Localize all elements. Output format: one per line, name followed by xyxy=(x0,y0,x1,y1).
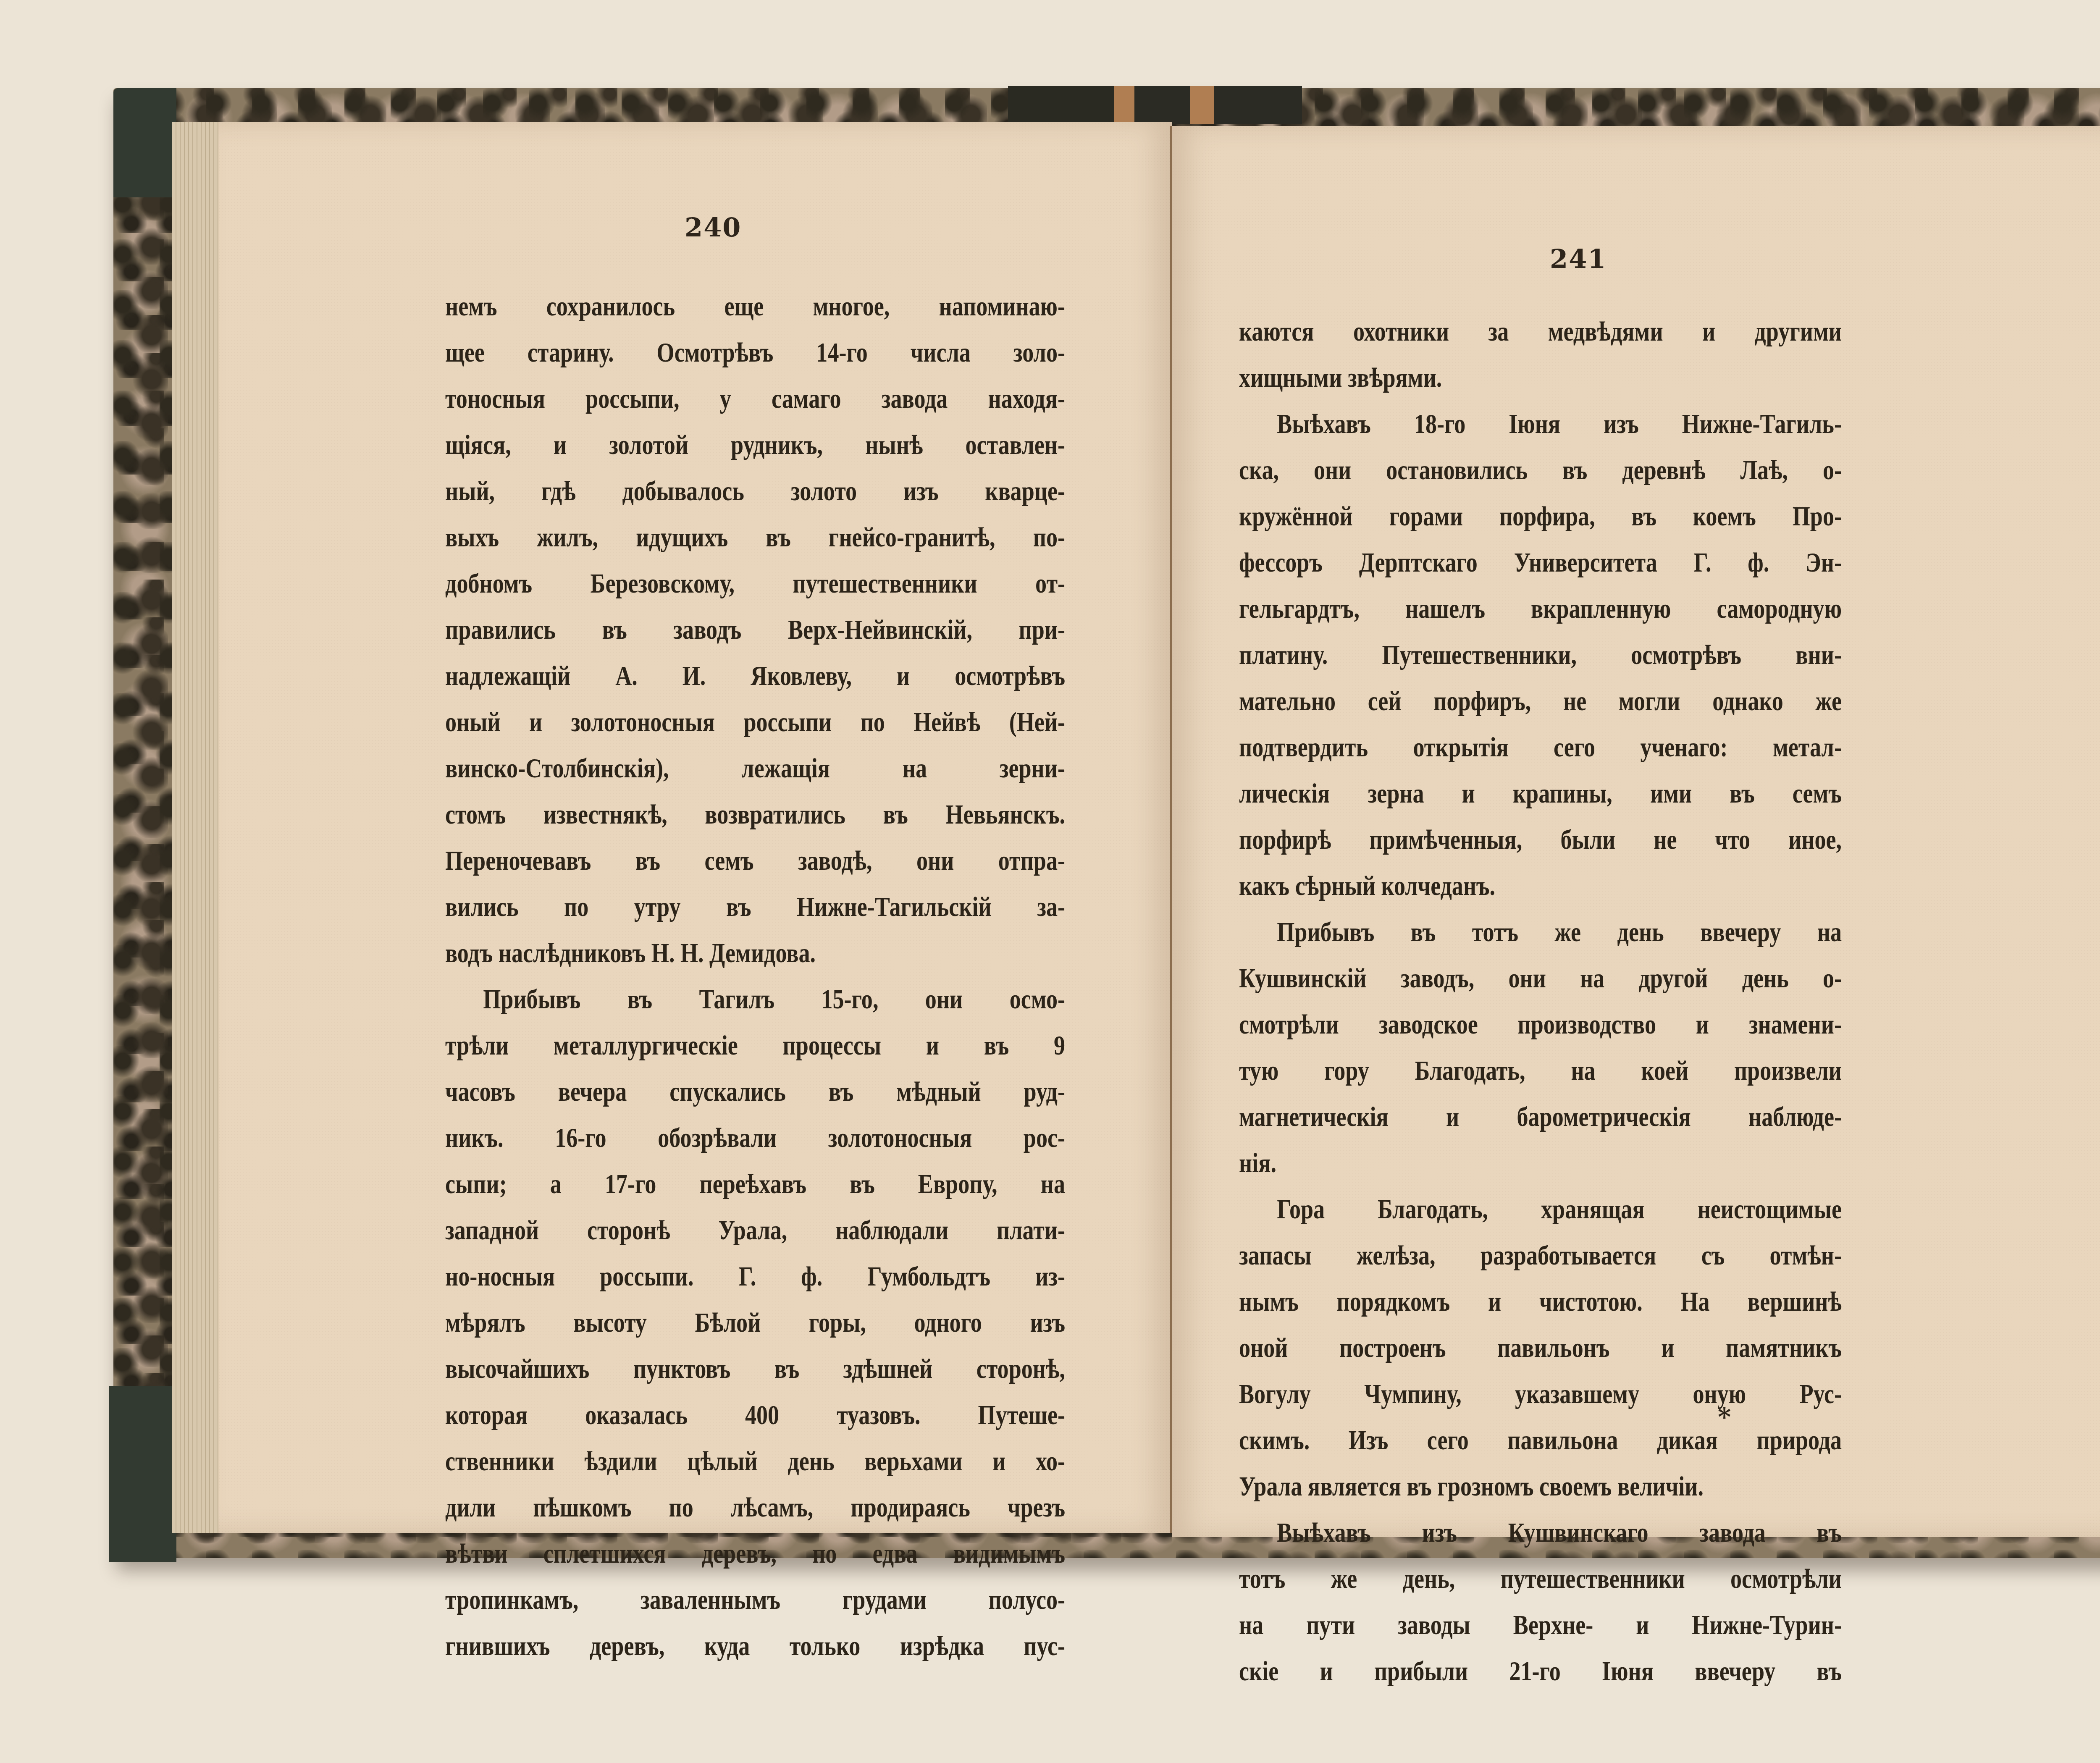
text-line: Урала является въ грозномъ своемъ величі… xyxy=(1239,1464,1842,1510)
text-line: порфирѣ примѣченныя, были не что иное, xyxy=(1239,817,1842,863)
text-line: которая оказалась 400 туазовъ. Путеше- xyxy=(445,1392,1065,1438)
text-line: тую гору Благодать, на коей произвели xyxy=(1239,1048,1842,1094)
text-line: тропинкамъ, заваленнымъ грудами полусо- xyxy=(445,1577,1065,1623)
text-line: щіяся, и золотой рудникъ, нынѣ оставлен- xyxy=(445,422,1065,468)
text-line: винско-Столбинскія), лежащія на зерни- xyxy=(445,745,1065,792)
text-line: западной сторонѣ Урала, наблюдали плати- xyxy=(445,1207,1065,1254)
cover-corner-top-left xyxy=(113,88,176,197)
text-line: вились по утру въ Нижне-Тагильскій за- xyxy=(445,884,1065,930)
text-line: Выѣхавъ изъ Кушвинскаго завода въ xyxy=(1239,1510,1842,1556)
text-line: выхъ жилъ, идущихъ въ гнейсо-гранитѣ, по… xyxy=(445,514,1065,561)
text-line: кружённой горами порфира, въ коемъ Про- xyxy=(1239,493,1842,540)
text-line: гнившихъ деревъ, куда только изрѣдка пус… xyxy=(445,1623,1065,1669)
text-line: ный, гдѣ добывалось золото изъ кварце- xyxy=(445,468,1065,514)
text-line: нія. xyxy=(1239,1140,1842,1186)
text-line: добномъ Березовскому, путешественники от… xyxy=(445,561,1065,607)
text-line: вѣтви сплетшихся деревъ, по едва видимым… xyxy=(445,1531,1065,1577)
text-line: водъ наслѣдниковъ Н. Н. Демидова. xyxy=(445,930,1065,976)
text-line: немъ сохранилось еще многое, напоминаю- xyxy=(445,283,1065,330)
text-line: оной построенъ павильонъ и памятникъ xyxy=(1239,1325,1842,1371)
text-line: дили пѣшкомъ по лѣсамъ, продираясь чрезъ xyxy=(445,1485,1065,1531)
page-number: 240 xyxy=(685,212,741,243)
text-line: платину. Путешественники, осмотрѣвъ вни- xyxy=(1239,632,1842,678)
text-line: каются охотники за медвѣдями и другими xyxy=(1239,309,1842,355)
text-line: Прибывъ въ Тагилъ 15-го, они осмо- xyxy=(445,976,1065,1023)
cover-corner-bottom-left xyxy=(109,1386,176,1562)
page-body-text: каются охотники за медвѣдями и другимихи… xyxy=(1239,309,1842,1695)
text-line: мѣрялъ высоту Бѣлой горы, одного изъ xyxy=(445,1300,1065,1346)
page-body-text: немъ сохранилось еще многое, напоминаю-щ… xyxy=(445,283,1065,1669)
text-line: Гора Благодать, хранящая неистощимые xyxy=(1239,1186,1842,1233)
text-line: оный и золотоносныя россыпи по Нейвѣ (Не… xyxy=(445,699,1065,745)
text-line: на пути заводы Верхне- и Нижне-Турин- xyxy=(1239,1602,1842,1648)
book-spine xyxy=(1008,86,1302,124)
text-line: лическія зерна и крапины, ими въ семъ xyxy=(1239,771,1842,817)
text-line: сыпи; а 17-го переѣхавъ въ Европу, на xyxy=(445,1161,1065,1207)
text-line: Переночевавъ въ семъ заводѣ, они отпра- xyxy=(445,838,1065,884)
text-line: тотъ же день, путешественники осмотрѣли xyxy=(1239,1556,1842,1602)
text-line: часовъ вечера спускались въ мѣдный руд- xyxy=(445,1069,1065,1115)
text-line: мательно сей порфиръ, не могли однако же xyxy=(1239,678,1842,724)
text-line: запасы желѣза, разработывается съ отмѣн- xyxy=(1239,1233,1842,1279)
text-line: никъ. 16-го обозрѣвали золотоносныя рос- xyxy=(445,1115,1065,1161)
page-number: 241 xyxy=(1550,244,1606,274)
text-line: ска, они остановились въ деревнѣ Лаѣ, о- xyxy=(1239,447,1842,493)
text-line: Кушвинскій заводъ, они на другой день о- xyxy=(1239,955,1842,1002)
text-line: магнетическія и барометрическія наблюде- xyxy=(1239,1094,1842,1140)
text-line: фессоръ Дерптскаго Университета Г. ф. Эн… xyxy=(1239,540,1842,586)
page-edges-left xyxy=(172,122,218,1533)
signature-mark: * xyxy=(1718,1403,1731,1432)
text-line: щее старину. Осмотрѣвъ 14-го числа золо- xyxy=(445,330,1065,376)
text-line: правились въ заводъ Верх-Нейвинскій, при… xyxy=(445,607,1065,653)
text-line: скимъ. Изъ сего павильона дикая природа xyxy=(1239,1417,1842,1464)
text-line: Выѣхавъ 18-го Іюня изъ Нижне-Тагиль- xyxy=(1239,401,1842,447)
text-line: высочайшихъ пунктовъ въ здѣшней сторонѣ, xyxy=(445,1346,1065,1392)
text-line: ственники ѣздили цѣлый день верьхами и х… xyxy=(445,1438,1065,1485)
text-line: но-носныя россыпи. Г. ф. Гумбольдтъ из- xyxy=(445,1254,1065,1300)
text-line: Прибывъ въ тотъ же день ввечеру на xyxy=(1239,909,1842,955)
text-line: нымъ порядкомъ и чистотою. На вершинѣ xyxy=(1239,1279,1842,1325)
text-line: хищными звѣрями. xyxy=(1239,355,1842,401)
text-line: тоносныя россыпи, у самаго завода находя… xyxy=(445,376,1065,422)
text-line: Вогулу Чумпину, указавшему оную Рус- xyxy=(1239,1371,1842,1417)
text-line: трѣли металлургическіе процессы и въ 9 xyxy=(445,1023,1065,1069)
right-page: 241 каются охотники за медвѣдями и други… xyxy=(1172,126,2100,1537)
text-line: гельгардтъ, нашелъ вкрапленную самородну… xyxy=(1239,586,1842,632)
text-line: подтвердить открытія сего ученаго: метал… xyxy=(1239,724,1842,771)
left-page: 240 немъ сохранилось еще многое, напомин… xyxy=(218,122,1172,1533)
text-line: какъ сѣрный колчеданъ. xyxy=(1239,863,1842,909)
text-line: надлежащій А. И. Яковлеву, и осмотрѣвъ xyxy=(445,653,1065,699)
text-line: скіе и прибыли 21-го Іюня ввечеру въ xyxy=(1239,1648,1842,1695)
text-line: стомъ известнякѣ, возвратились въ Невьян… xyxy=(445,792,1065,838)
text-line: смотрѣли заводское производство и знамен… xyxy=(1239,1002,1842,1048)
